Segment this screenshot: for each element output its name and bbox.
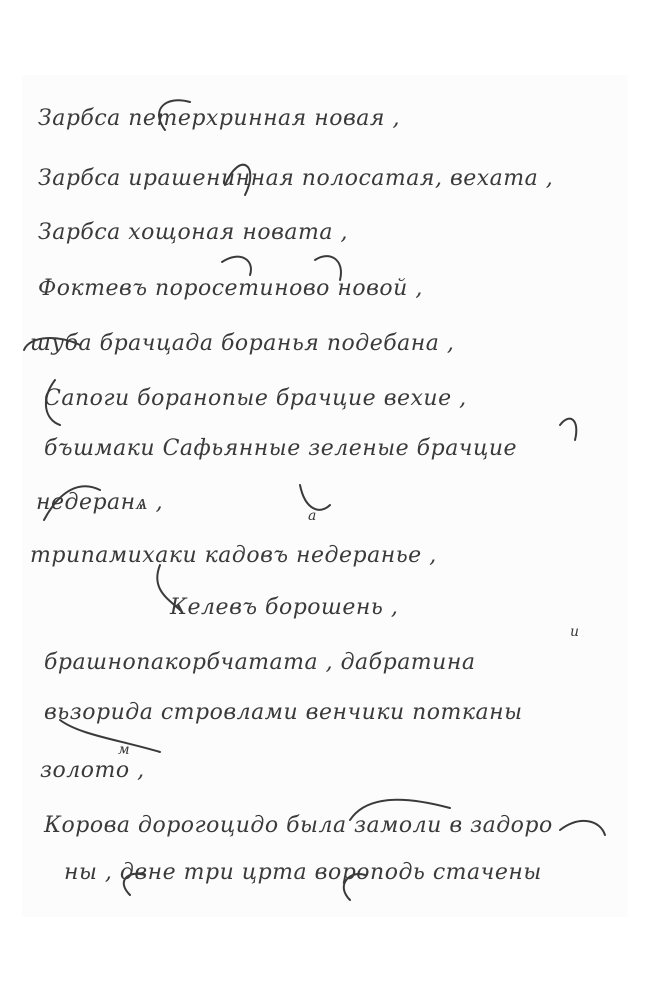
manuscript-line: Корова дорогоцидо была замоли в задоро bbox=[44, 815, 553, 837]
manuscript-line: Сапоги боранопые брачцие вехие , bbox=[44, 388, 467, 410]
manuscript-line: трипамихаки кадовъ недеранье , bbox=[30, 545, 437, 567]
superscript-letter: м bbox=[118, 742, 130, 758]
superscript-letter: и bbox=[570, 624, 579, 640]
manuscript-line: шуба брачцада боранья подебана , bbox=[30, 333, 454, 355]
manuscript-line: Зарбса петерхринная новая , bbox=[38, 108, 400, 130]
manuscript-line: брашнопакорбчатата , дабратина bbox=[44, 652, 475, 674]
manuscript-line: Фоктевъ поросетиново новой , bbox=[38, 278, 423, 300]
manuscript-line: Зарбса хощоная новата , bbox=[38, 222, 348, 244]
manuscript-line: Келевъ борошень , bbox=[170, 597, 398, 619]
manuscript-line: недеранѧ , bbox=[36, 492, 163, 514]
manuscript-line: ны , двне три црта вороподь стачены bbox=[64, 862, 542, 884]
manuscript-line: бъшмаки Сафьянные зеленые брачцие bbox=[44, 438, 517, 460]
superscript-letter: а bbox=[308, 508, 316, 524]
manuscript-line: золото , bbox=[40, 760, 145, 782]
manuscript-line: вьзорида стровлами венчики потканы bbox=[44, 702, 523, 724]
manuscript-line: Зарбса ирашенинная полосатая, вехата , bbox=[38, 168, 553, 190]
